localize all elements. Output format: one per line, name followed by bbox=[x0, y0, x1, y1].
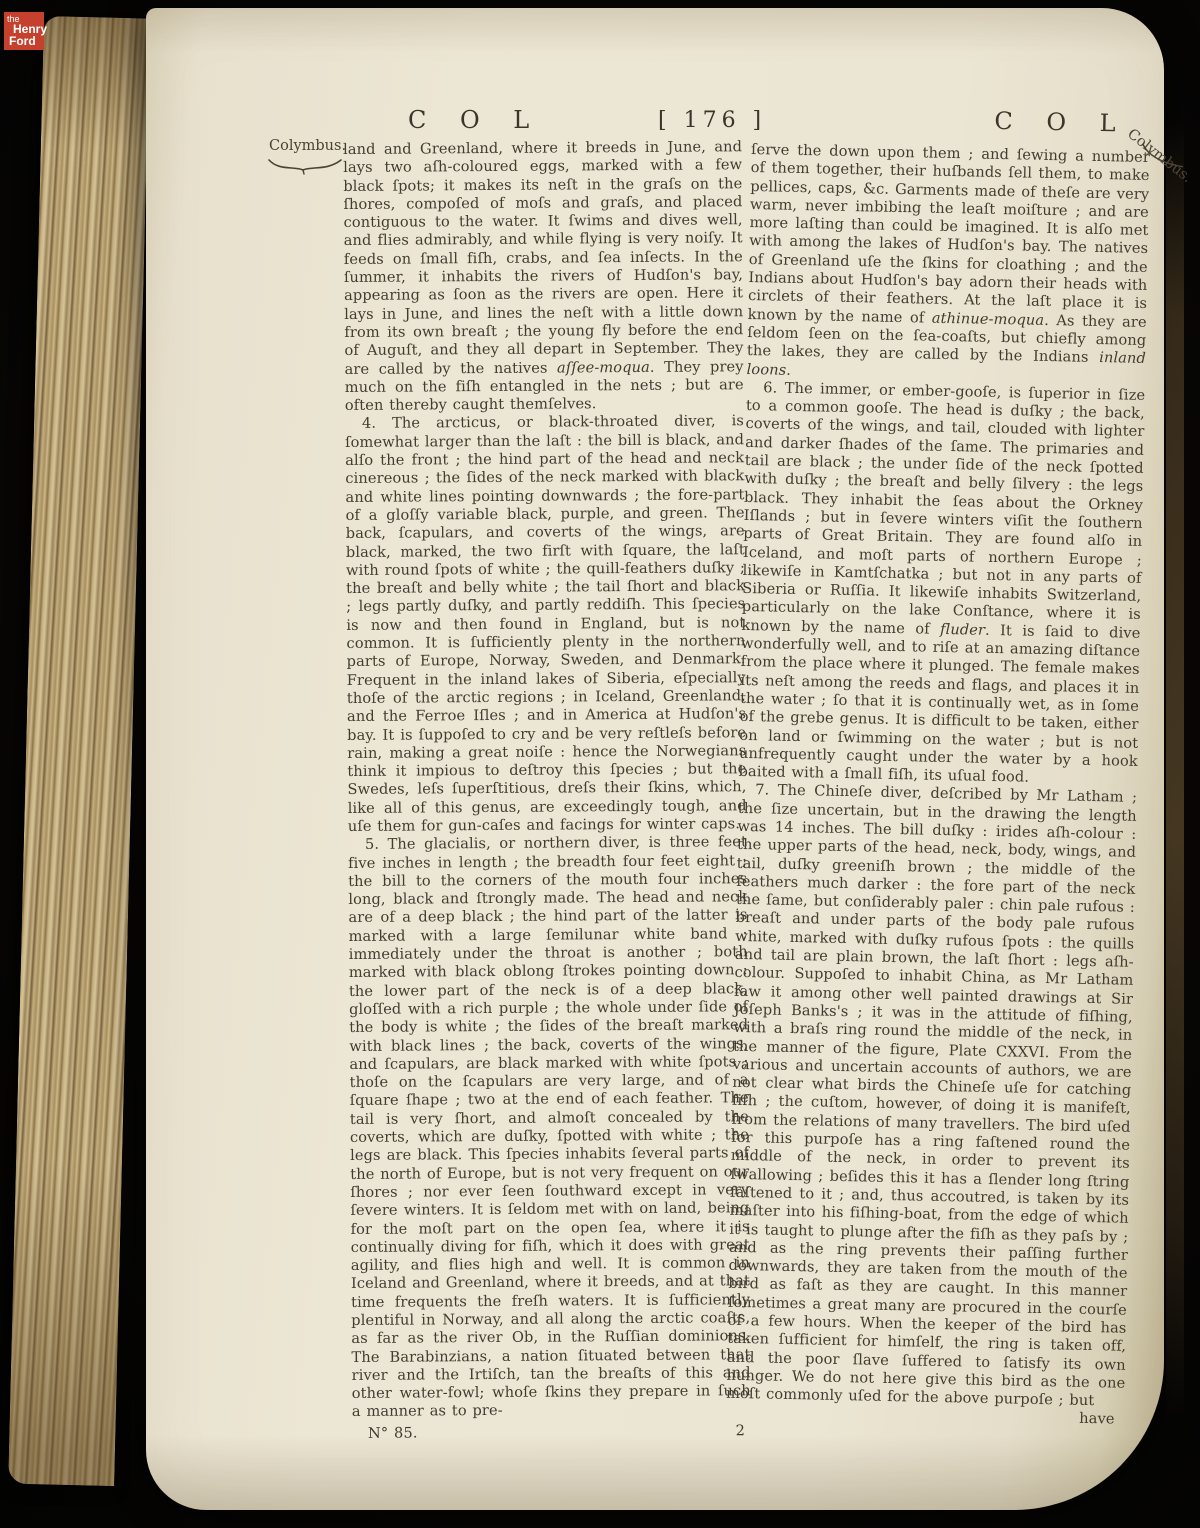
logo-ford: Ford bbox=[9, 35, 36, 47]
sheet-mark: 2 bbox=[736, 1422, 746, 1440]
running-head-left: C O L bbox=[408, 106, 542, 134]
paragraph: land and Greenland, where it breeds in J… bbox=[343, 138, 744, 415]
left-column-paragraphs: land and Greenland, where it breeds in J… bbox=[343, 138, 751, 1422]
paragraph: 7. The Chineſe diver, deſcribed by Mr La… bbox=[726, 781, 1137, 1411]
book-page: C O L [ 176 ] Colymbus. land and Greenla… bbox=[146, 8, 1164, 1510]
left-column: land and Greenland, where it breeds in J… bbox=[343, 138, 751, 1443]
book-fore-edge bbox=[8, 16, 150, 1486]
right-column-paragraphs: ſerve the down upon them ; and ſewing a … bbox=[726, 141, 1150, 1411]
left-column-footer: N° 85. 2 bbox=[352, 1422, 751, 1443]
margin-note-colymbus-left: Colymbus. bbox=[269, 138, 346, 154]
right-column: ſerve the down upon them ; and ſewing a … bbox=[726, 141, 1151, 1430]
brace-swash-icon bbox=[267, 157, 343, 175]
paragraph: 6. The immer, or ember-gooſe, is ſuperio… bbox=[738, 379, 1145, 789]
photo-background: the Henry Ford C O L [ 176 ] Colymbus. l… bbox=[0, 0, 1200, 1528]
page-number: [ 176 ] bbox=[658, 108, 766, 133]
paragraph: 4. The arcticus, or black-throated diver… bbox=[345, 413, 747, 837]
running-head-right: C O L bbox=[751, 102, 1155, 140]
paragraph: 5. The glacialis, or northern diver, is … bbox=[348, 833, 751, 1421]
paragraph: ſerve the down upon them ; and ſewing a … bbox=[746, 141, 1150, 387]
right-column-wrap: C O L ſerve the down upon them ; and ſew… bbox=[726, 102, 1155, 1430]
henry-ford-logo: the Henry Ford bbox=[4, 12, 44, 50]
binding-shadow-edge bbox=[1166, 120, 1184, 1420]
signature-mark: N° 85. bbox=[368, 1424, 418, 1443]
